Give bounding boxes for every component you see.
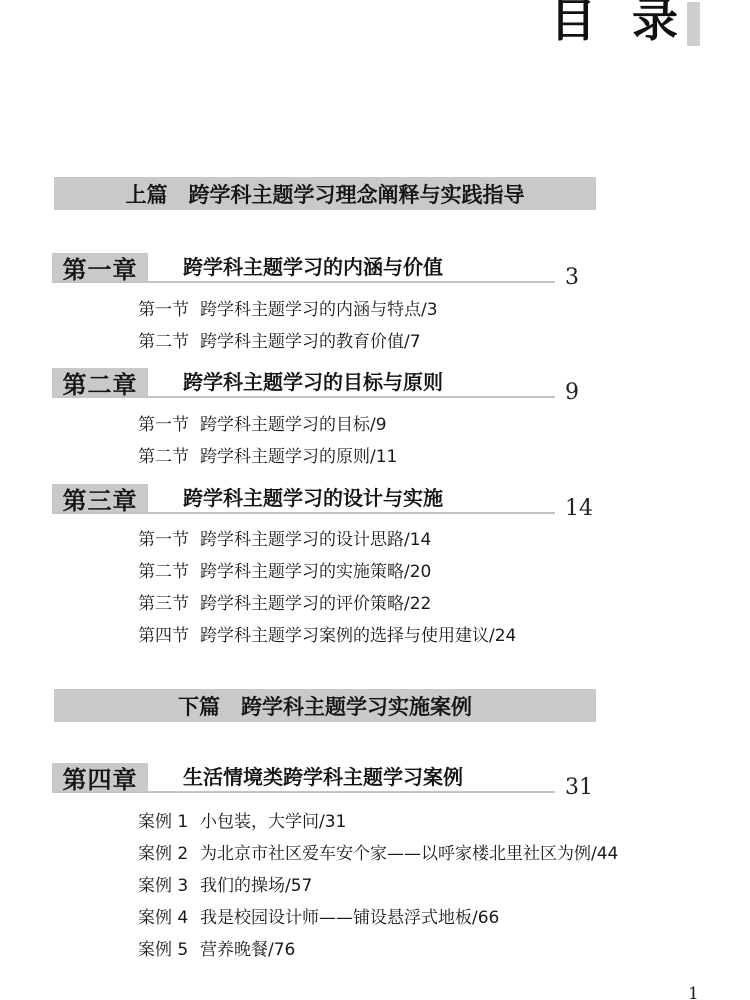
part-label: 上篇: [126, 179, 168, 209]
toc-title: 目 录: [550, 0, 678, 46]
toc-page: 目 录 上篇 跨学科主题学习理念阐释与实践指导 第一章 跨学科主题学习的内涵与价…: [0, 0, 750, 1000]
case-title: 为北京市社区爱车安个家——以呼家楼北里社区为例/44: [200, 844, 618, 864]
section-title: 跨学科主题学习的内涵与特点/3: [200, 300, 438, 320]
title-accent-bar: [687, 2, 700, 46]
chapter-label: 第四章: [52, 763, 148, 791]
chapter-row: 第四章 生活情境类跨学科主题学习案例 31: [52, 763, 698, 805]
case-label: 案例 4: [138, 908, 200, 928]
chapter-title: 跨学科主题学习的内涵与价值: [183, 255, 443, 279]
section-label: 第一节: [138, 415, 200, 435]
section-row: 第二节跨学科主题学习的教育价值/7: [138, 332, 421, 352]
case-row: 案例 3我们的操场/57: [138, 876, 312, 896]
case-title: 我是校园设计师——铺设悬浮式地板/66: [200, 908, 499, 928]
chapter-title: 生活情境类跨学科主题学习案例: [183, 765, 463, 789]
section-row: 第二节跨学科主题学习的原则/11: [138, 447, 397, 467]
part-heading-lower: 下篇 跨学科主题学习实施案例: [54, 689, 596, 722]
chapter-row: 第一章 跨学科主题学习的内涵与价值 3: [52, 253, 698, 295]
chapter-label: 第一章: [52, 253, 148, 281]
case-label: 案例 5: [138, 940, 200, 960]
part-title: 跨学科主题学习理念阐释与实践指导: [189, 179, 525, 209]
chapter-title: 跨学科主题学习的设计与实施: [183, 486, 443, 510]
chapter-page-number: 31: [565, 776, 593, 800]
case-title: 我们的操场/57: [200, 876, 312, 896]
section-label: 第一节: [138, 530, 200, 550]
chapter-page-number: 14: [565, 497, 593, 521]
section-row: 第二节跨学科主题学习的实施策略/20: [138, 562, 431, 582]
part-heading-upper: 上篇 跨学科主题学习理念阐释与实践指导: [54, 177, 596, 210]
page-number: 1: [688, 984, 699, 1000]
section-row: 第一节跨学科主题学习的设计思路/14: [138, 530, 431, 550]
case-title: 营养晚餐/76: [200, 940, 295, 960]
section-row: 第四节跨学科主题学习案例的选择与使用建议/24: [138, 626, 516, 646]
case-row: 案例 4我是校园设计师——铺设悬浮式地板/66: [138, 908, 499, 928]
section-title: 跨学科主题学习的原则/11: [200, 447, 397, 467]
case-label: 案例 3: [138, 876, 200, 896]
section-label: 第三节: [138, 594, 200, 614]
chapter-label: 第二章: [52, 368, 148, 396]
case-row: 案例 5营养晚餐/76: [138, 940, 295, 960]
chapter-title: 跨学科主题学习的目标与原则: [183, 370, 443, 394]
case-title: 小包装，大学问/31: [200, 812, 346, 832]
section-title: 跨学科主题学习的评价策略/22: [200, 594, 431, 614]
chapter-page-number: 9: [565, 381, 579, 405]
section-title: 跨学科主题学习案例的选择与使用建议/24: [200, 626, 516, 646]
chapter-label: 第三章: [52, 484, 148, 512]
section-title: 跨学科主题学习的设计思路/14: [200, 530, 431, 550]
case-label: 案例 2: [138, 844, 200, 864]
case-row: 案例 1小包装，大学问/31: [138, 812, 346, 832]
chapter-row: 第三章 跨学科主题学习的设计与实施 14: [52, 484, 698, 526]
section-label: 第二节: [138, 332, 200, 352]
section-label: 第四节: [138, 626, 200, 646]
section-title: 跨学科主题学习的实施策略/20: [200, 562, 431, 582]
section-row: 第一节跨学科主题学习的目标/9: [138, 415, 387, 435]
chapter-row: 第二章 跨学科主题学习的目标与原则 9: [52, 368, 698, 410]
section-row: 第三节跨学科主题学习的评价策略/22: [138, 594, 431, 614]
chapter-page-number: 3: [565, 266, 579, 290]
section-title: 跨学科主题学习的目标/9: [200, 415, 387, 435]
section-label: 第二节: [138, 447, 200, 467]
section-title: 跨学科主题学习的教育价值/7: [200, 332, 421, 352]
section-row: 第一节跨学科主题学习的内涵与特点/3: [138, 300, 438, 320]
section-label: 第一节: [138, 300, 200, 320]
case-label: 案例 1: [138, 812, 200, 832]
section-label: 第二节: [138, 562, 200, 582]
case-row: 案例 2为北京市社区爱车安个家——以呼家楼北里社区为例/44: [138, 844, 618, 864]
part-title: 跨学科主题学习实施案例: [241, 691, 472, 721]
part-label: 下篇: [178, 691, 220, 721]
